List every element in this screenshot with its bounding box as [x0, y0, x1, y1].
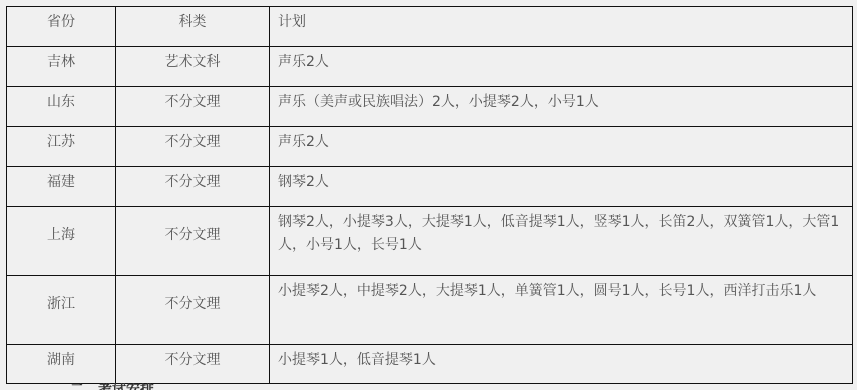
table-row: 吉林 艺术文科 声乐2人: [7, 47, 853, 87]
header-plan: 计划: [270, 7, 853, 47]
header-province: 省份: [7, 7, 116, 47]
table-row: 浙江 不分文理 小提琴2人，中提琴2人，大提琴1人，单簧管1人，圆号1人，长号1…: [7, 276, 853, 345]
table-row: 福建 不分文理 钢琴2人: [7, 167, 853, 207]
plan-cell: 声乐2人: [270, 127, 853, 167]
plan-cell: 声乐2人: [270, 47, 853, 87]
category-cell: 不分文理: [116, 276, 270, 345]
table-row: 山东 不分文理 声乐（美声或民族唱法）2人，小提琴2人，小号1人: [7, 87, 853, 127]
category-cell: 不分文理: [116, 87, 270, 127]
table-header-row: 省份 科类 计划: [7, 7, 853, 47]
plan-cell: 声乐（美声或民族唱法）2人，小提琴2人，小号1人: [270, 87, 853, 127]
province-cell: 吉林: [7, 47, 116, 87]
plan-cell: 钢琴2人，小提琴3人，大提琴1人，低音提琴1人，竖琴1人，长笛2人，双簧管1人，…: [270, 207, 853, 276]
table-row: 湖南 不分文理 小提琴1人，低音提琴1人: [7, 345, 853, 384]
province-cell: 上海: [7, 207, 116, 276]
header-category: 科类: [116, 7, 270, 47]
province-cell: 山东: [7, 87, 116, 127]
category-cell: 不分文理: [116, 345, 270, 384]
plan-cell: 钢琴2人: [270, 167, 853, 207]
table-row: 上海 不分文理 钢琴2人，小提琴3人，大提琴1人，低音提琴1人，竖琴1人，长笛2…: [7, 207, 853, 276]
category-cell: 不分文理: [116, 167, 270, 207]
category-cell: 不分文理: [116, 207, 270, 276]
plan-cell: 小提琴2人，中提琴2人，大提琴1人，单簧管1人，圆号1人，长号1人，西洋打击乐1…: [270, 276, 853, 345]
plan-cell: 小提琴1人，低音提琴1人: [270, 345, 853, 384]
category-cell: 艺术文科: [116, 47, 270, 87]
enrollment-plan-table: 省份 科类 计划 吉林 艺术文科 声乐2人 山东 不分文理 声乐（美声或民族唱法…: [6, 6, 853, 384]
province-cell: 浙江: [7, 276, 116, 345]
table-row: 江苏 不分文理 声乐2人: [7, 127, 853, 167]
province-cell: 湖南: [7, 345, 116, 384]
province-cell: 江苏: [7, 127, 116, 167]
category-cell: 不分文理: [116, 127, 270, 167]
province-cell: 福建: [7, 167, 116, 207]
next-section-heading-clipped: 二、考试安排: [70, 383, 154, 390]
